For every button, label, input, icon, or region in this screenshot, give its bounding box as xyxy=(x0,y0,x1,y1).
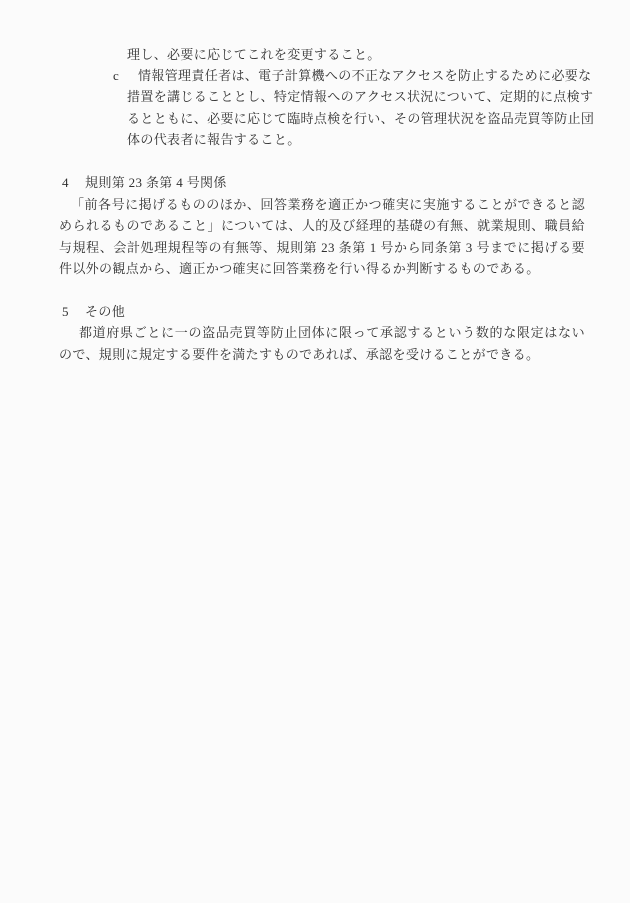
section-5-heading: その他 xyxy=(85,301,125,322)
list-item-c-line-row: c情報管理責任者は、電子計算機への不正なアクセスを防止するために必要な xyxy=(0,65,630,87)
list-marker: c xyxy=(113,65,119,86)
section-4-body-line: 件以外の観点から、適正かつ確実に回答業務を行い得るか判断するものである。 xyxy=(59,258,540,279)
blank-line-row xyxy=(0,151,630,173)
list-item-c-line-row: るとともに、必要に応じて臨時点検を行い、その管理状況を盗品売買等防止団 xyxy=(0,108,630,130)
section-4-body-line: 「前各号に掲げるもののほか、回答業務を適正かつ確実に実施することができると認 xyxy=(71,194,585,215)
list-item-c-line: 情報管理責任者は、電子計算機への不正なアクセスを防止するために必要な xyxy=(138,65,585,86)
list-item-c-line: るとともに、必要に応じて臨時点検を行い、その管理状況を盗品売買等防止団 xyxy=(127,108,585,129)
document-page: 理し、必要に応じてこれを変更すること。c情報管理責任者は、電子計算機への不正なア… xyxy=(0,0,630,903)
section-4-heading: 規則第 23 条第 4 号関係 xyxy=(85,172,227,193)
section-5-body-line: 都道府県ごとに一の盗品売買等防止団体に限って承認するという数的な限定はない xyxy=(79,322,585,343)
paragraph-continuation-line: 理し、必要に応じてこれを変更すること。 xyxy=(127,44,381,65)
section-5-body-line-row: ので、規則に規定する要件を満たすものであれば、承認を受けることができる。 xyxy=(0,344,630,366)
blank-line-row xyxy=(0,279,630,301)
list-item-c-line-row: 措置を講じることとし、特定情報へのアクセス状況について、定期的に点検す xyxy=(0,86,630,108)
list-item-c-line: 体の代表者に報告すること。 xyxy=(127,129,301,150)
list-marker: 5 xyxy=(62,301,69,322)
section-4-body-line: 与規程、会計処理規程等の有無等、規則第 23 条第 1 号から同条第 3 号まで… xyxy=(59,237,585,258)
list-item-c-line: 措置を講じることとし、特定情報へのアクセス状況について、定期的に点検す xyxy=(127,86,585,107)
section-4-body-line-row: 「前各号に掲げるもののほか、回答業務を適正かつ確実に実施することができると認 xyxy=(0,194,630,216)
section-4-body-line: められるものであること」については、人的及び経理的基礎の有無、就業規則、職員給 xyxy=(59,215,585,236)
section-4-body-line-row: められるものであること」については、人的及び経理的基礎の有無、就業規則、職員給 xyxy=(0,215,630,237)
list-item-c-line-row: 体の代表者に報告すること。 xyxy=(0,129,630,151)
section-5-body-line-row: 都道府県ごとに一の盗品売買等防止団体に限って承認するという数的な限定はない xyxy=(0,322,630,344)
section-5-heading-row: 5その他 xyxy=(0,301,630,323)
section-4-heading-row: 4規則第 23 条第 4 号関係 xyxy=(0,172,630,194)
section-4-body-line-row: 与規程、会計処理規程等の有無等、規則第 23 条第 1 号から同条第 3 号まで… xyxy=(0,237,630,259)
section-4-body-line-row: 件以外の観点から、適正かつ確実に回答業務を行い得るか判断するものである。 xyxy=(0,258,630,280)
list-marker: 4 xyxy=(62,172,69,193)
section-5-body-line: ので、規則に規定する要件を満たすものであれば、承認を受けることができる。 xyxy=(59,344,539,365)
paragraph-continuation-line-row: 理し、必要に応じてこれを変更すること。 xyxy=(0,44,630,66)
